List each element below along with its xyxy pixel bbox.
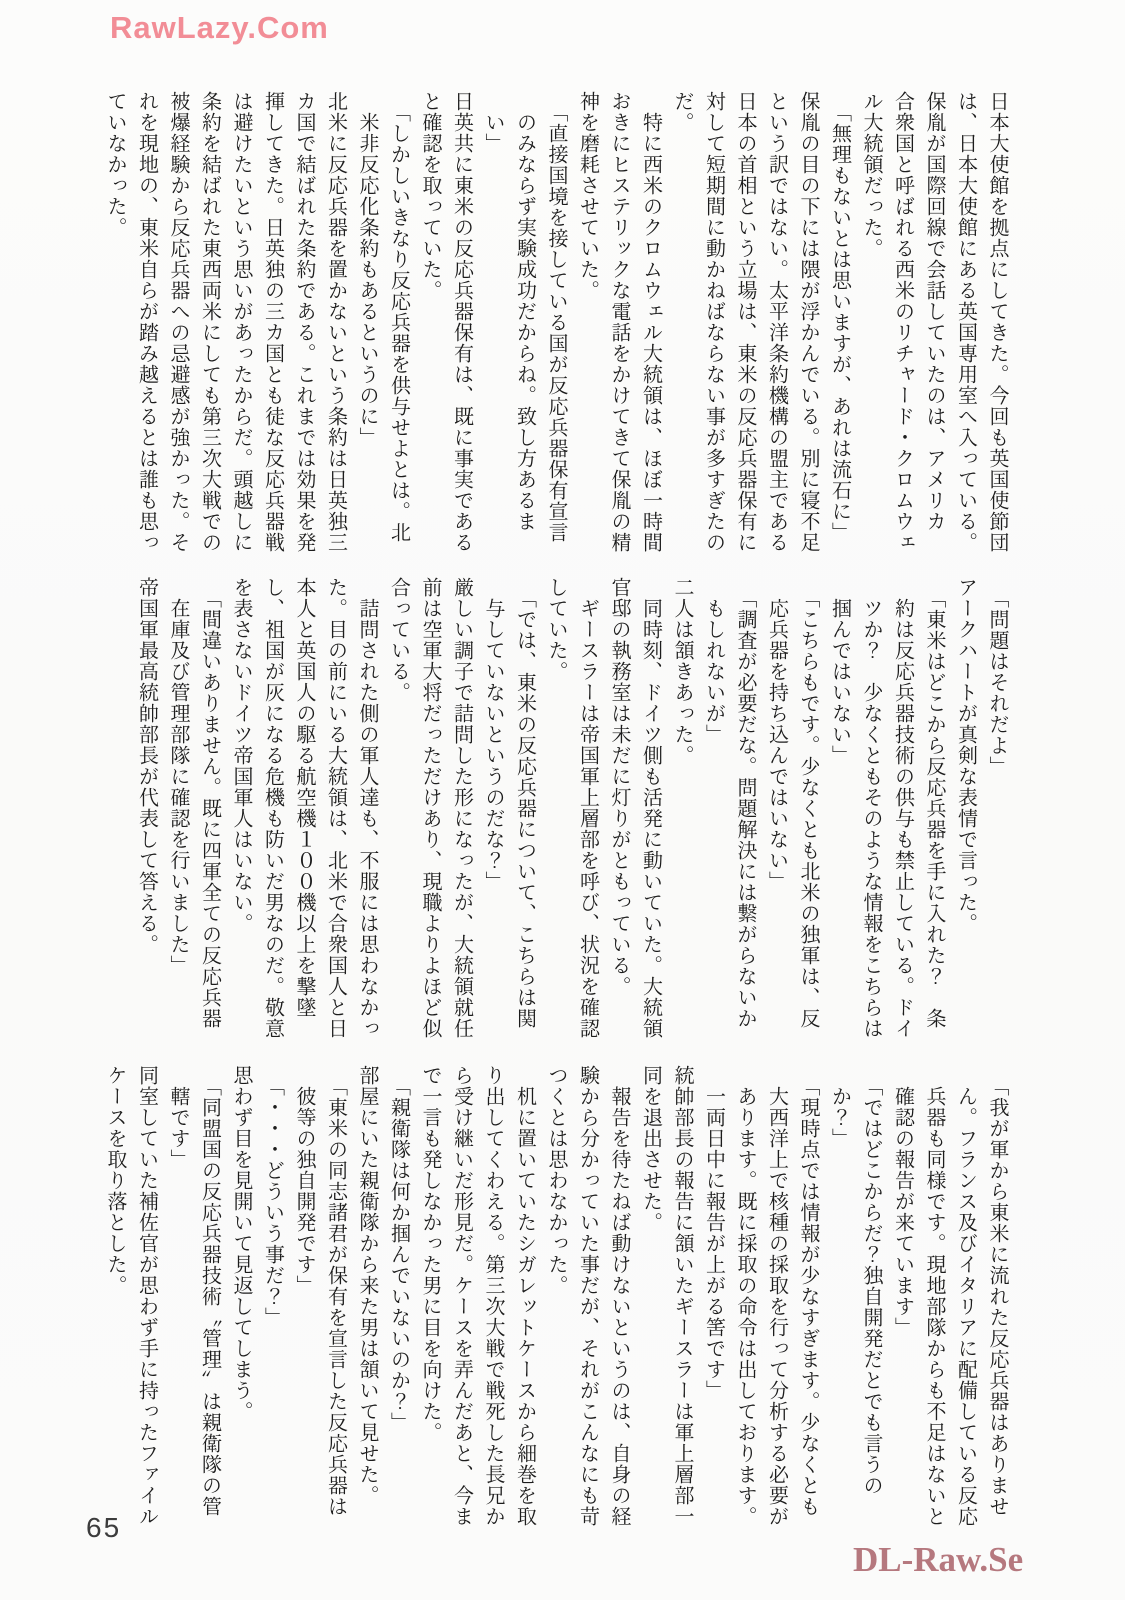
text-column: 験から分かっていた事だが、それがこんなにも苛 [572, 1065, 604, 1531]
text-band-middle: 「問題はそれだよ」アークハートが真剣な表情で言った。 「東米はどこから反応兵器を… [131, 577, 1013, 1043]
text-column: 同室していた補佐官が思わず手に持ったファイル [131, 1065, 163, 1531]
text-column: で一言も発しなかった男に目を向けた。 [415, 1065, 447, 1531]
text-column: と確認を取っていた。 [415, 91, 447, 557]
text-column: 帝国軍最高統帥部長が代表して答える。 [131, 577, 163, 1043]
text-column: 本人と英国人の駆る航空機１００機以上を撃墜 [289, 577, 321, 1043]
text-column: 一両日中に報告が上がる筈です」 [698, 1065, 730, 1531]
text-column: 「親衛隊は何か掴んでいないのか？」 [383, 1065, 415, 1531]
text-column: 揮してきた。日英独の三カ国とも徒な反応兵器戦 [257, 91, 289, 557]
text-column: ていなかった。 [100, 91, 132, 557]
text-column: つくとは思わなかった。 [541, 1065, 573, 1531]
text-column: あります。既に採取の命令は出しております。 [730, 1065, 762, 1531]
text-column: 保胤の目の下には隈が浮かんでいる。別に寝不足 [793, 91, 825, 557]
text-column: 与していないというのだな？」 [478, 577, 510, 1043]
text-column: もしれないが」 [698, 577, 730, 1043]
text-column: 大西洋上で核種の採取を行って分析する必要が [761, 1065, 793, 1531]
text-column: 約は反応兵器技術の供与も禁止している。ドイ [887, 577, 919, 1043]
text-column: 「では、東米の反応兵器について、こちらは関 [509, 577, 541, 1043]
text-column: は避けたいという思いがあったからだ。頭越しに [226, 91, 258, 557]
text-column: 「・・・どういう事だ？」 [257, 1065, 289, 1531]
text-band-top: 日本大使館を拠点にしてきた。今回も英国使節団は、日本大使館にある英国専用室へ入っ… [100, 91, 1014, 557]
text-column: 前は空軍大将だっただけあり、現職よりよほど似 [415, 577, 447, 1043]
text-column: れを現地の、東米自らが踏み越えるとは誰も思っ [131, 91, 163, 557]
text-column: 北米に反応兵器を置かないという条約は日英独三 [320, 91, 352, 557]
text-column: 部屋にいた親衛隊から来た男は頷いて見せた。 [352, 1065, 384, 1531]
text-column: し、祖国が灰になる危機も防いだ男なのだ。敬意 [257, 577, 289, 1043]
text-column: 日本大使館を拠点にしてきた。今回も英国使節団 [982, 91, 1014, 557]
text-column: 彼等の独自開発です」 [289, 1065, 321, 1531]
text-column: 「東米はどこから反応兵器を手に入れた？ 条 [919, 577, 951, 1043]
text-column: 合衆国と呼ばれる西米のリチャード・クロムウェ [887, 91, 919, 557]
text-column: 厳しい調子で詰問した形になったが、大統領就任 [446, 577, 478, 1043]
text-column: か？」 [824, 1065, 856, 1531]
text-column: 「ではどこからだ？独自開発だとでも言うの [856, 1065, 888, 1531]
watermark-dlraw: DL-Raw.Se [853, 1540, 1023, 1580]
text-column: 「問題はそれだよ」 [982, 577, 1014, 1043]
text-column: 詰問された側の軍人達も、不服には思わなかっ [352, 577, 384, 1043]
text-column: ル大統領だった。 [856, 91, 888, 557]
text-column: アークハートが真剣な表情で言った。 [950, 577, 982, 1043]
text-column: していた。 [541, 577, 573, 1043]
text-column: 思わず目を見開いて見返してしまう。 [226, 1065, 258, 1531]
text-column: 報告を待たねば動けないというのは、自身の経 [604, 1065, 636, 1531]
text-column: り出してくわえる。第三次大戦で戦死した長兄か [478, 1065, 510, 1531]
text-column: 神を磨耗させていた。 [572, 91, 604, 557]
page-number: 65 [86, 1512, 121, 1544]
text-column: い」 [478, 91, 510, 557]
text-column: だ。 [667, 91, 699, 557]
text-column: 同時刻、ドイツ側も活発に動いていた。大統領 [635, 577, 667, 1043]
text-column: ケースを取り落とした。 [100, 1065, 132, 1531]
text-column: 「同盟国の反応兵器技術〝管理〟は親衛隊の管 [194, 1065, 226, 1531]
text-column: ツか？ 少なくともそのような情報をこちらは [856, 577, 888, 1043]
text-column: 被爆経験から反応兵器への忌避感が強かった。そ [163, 91, 195, 557]
text-column: のみならず実験成功だからね。致し方あるま [509, 91, 541, 557]
text-column: 同を退出させた。 [635, 1065, 667, 1531]
text-column: ん。フランス及びイタリアに配備している反応 [950, 1065, 982, 1531]
text-column: カ国で結ばれた条約である。これまでは効果を発 [289, 91, 321, 557]
text-column: 「調査が必要だな。問題解決には繋がらないか [730, 577, 762, 1043]
watermark-rawlazy: RawLazy.Com [110, 10, 329, 46]
text-column: 条約を結ばれた東西両米にしても第三次大戦での [194, 91, 226, 557]
text-column: という訳ではない。太平洋条約機構の盟主である [761, 91, 793, 557]
text-column: 「東米の同志諸君が保有を宣言した反応兵器は [320, 1065, 352, 1531]
text-band-bottom: 「我が軍から東米に流れた反応兵器はありませ ん。フランス及びイタリアに配備してい… [100, 1065, 1014, 1531]
text-column: 掴んではいない」 [824, 577, 856, 1043]
text-column: 「しかしいきなり反応兵器を供与せよとは。北 [383, 91, 415, 557]
text-column: 対して短期間に動かねばならない事が多すぎたの [698, 91, 730, 557]
text-column: 日本の首相という立場は、東米の反応兵器保有に [730, 91, 762, 557]
text-column: おきにヒステリックな電話をかけてきて保胤の精 [604, 91, 636, 557]
text-column: 応兵器を持ち込んではいない」 [761, 577, 793, 1043]
text-column: 二人は頷きあった。 [667, 577, 699, 1043]
text-column: 合っている。 [383, 577, 415, 1043]
text-column: 「我が軍から東米に流れた反応兵器はありませ [982, 1065, 1014, 1531]
text-column: 米非反応化条約もあるというのに」 [352, 91, 384, 557]
text-column: 机に置いていたシガレットケースから細巻を取 [509, 1065, 541, 1531]
text-column: 「こちらもです。少なくとも北米の独軍は、反 [793, 577, 825, 1043]
text-column: 日英共に東米の反応兵器保有は、既に事実である [446, 91, 478, 557]
text-column: 「無理もないとは思いますが、あれは流石に」 [824, 91, 856, 557]
text-column: 兵器も同様です。現地部隊からも不足はないと [919, 1065, 951, 1531]
text-column: 「現時点では情報が少なすぎます。少なくとも [793, 1065, 825, 1531]
text-column: ギースラーは帝国軍上層部を呼び、状況を確認 [572, 577, 604, 1043]
text-column: 「間違いありません。既に四軍全ての反応兵器 [194, 577, 226, 1043]
text-column: 在庫及び管理部隊に確認を行いました」 [163, 577, 195, 1043]
text-column: 確認の報告が来ています」 [887, 1065, 919, 1531]
text-column: は、日本大使館にある英国専用室へ入っている。 [950, 91, 982, 557]
text-column: 保胤が国際回線で会話していたのは、アメリカ [919, 91, 951, 557]
text-column: 「直接国境を接している国が反応兵器保有宣言 [541, 91, 573, 557]
text-column: ら受け継いだ形見だ。ケースを弄んだあと、今ま [446, 1065, 478, 1531]
text-column: 統帥部長の報告に頷いたギースラーは軍上層部一 [667, 1065, 699, 1531]
text-column: 特に西米のクロムウェル大統領は、ほぼ一時間 [635, 91, 667, 557]
text-column: 官邸の執務室は未だに灯りがともっている。 [604, 577, 636, 1043]
text-column: を表さないドイツ帝国軍人はいない。 [226, 577, 258, 1043]
text-column: た。目の前にいる大統領は、北米で合衆国人と日 [320, 577, 352, 1043]
text-column: 轄です」 [163, 1065, 195, 1531]
